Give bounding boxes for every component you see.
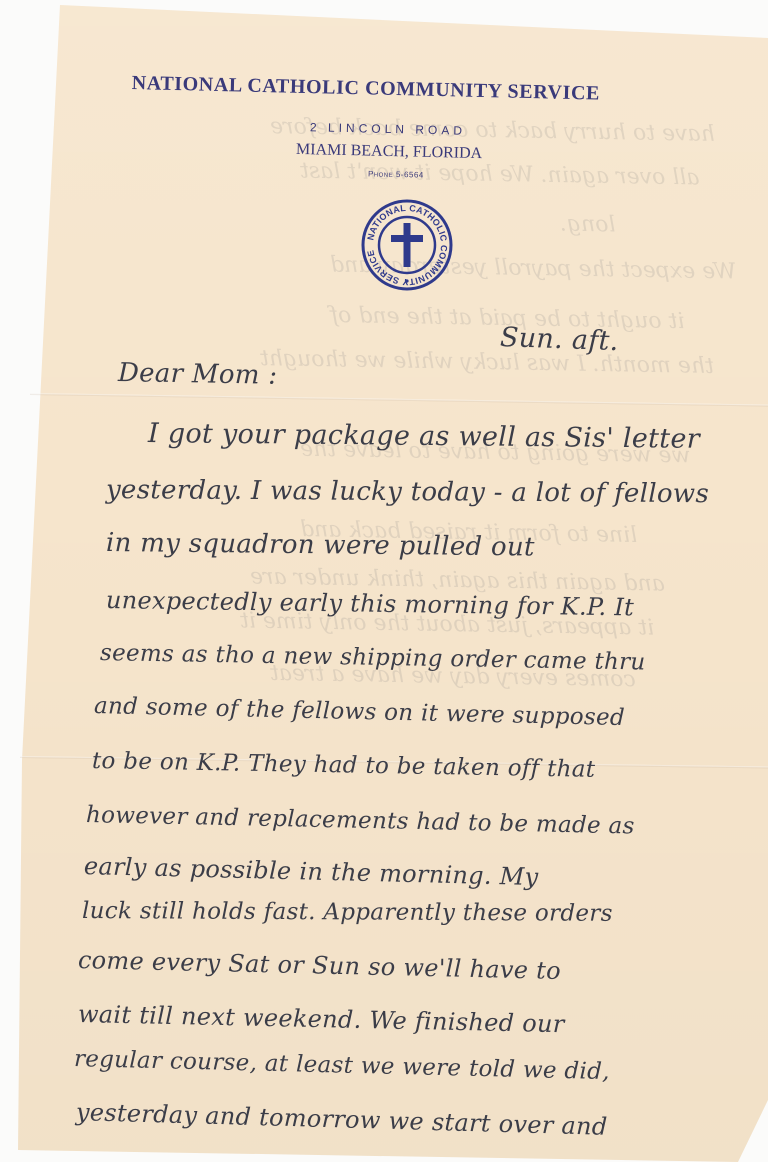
letter-line: luck still holds fast. Apparently these …: [82, 898, 613, 927]
letter-line: in my squadron were pulled out: [106, 528, 535, 562]
letter-dateline: Sun. aft.: [499, 322, 619, 357]
letter-line: yesterday. I was lucky today - a lot of …: [106, 475, 709, 509]
phone-number: Phone 5-6564: [368, 169, 424, 179]
bleed-through-text: long.: [560, 212, 616, 238]
cross-icon: [391, 223, 423, 267]
letter-salutation: Dear Mom :: [118, 358, 278, 391]
community-service-seal-icon: NATIONAL CATHOLIC COMMUNITY SERVICE: [361, 199, 453, 291]
letter-line: I got your package as well as Sis' lette…: [148, 418, 700, 455]
